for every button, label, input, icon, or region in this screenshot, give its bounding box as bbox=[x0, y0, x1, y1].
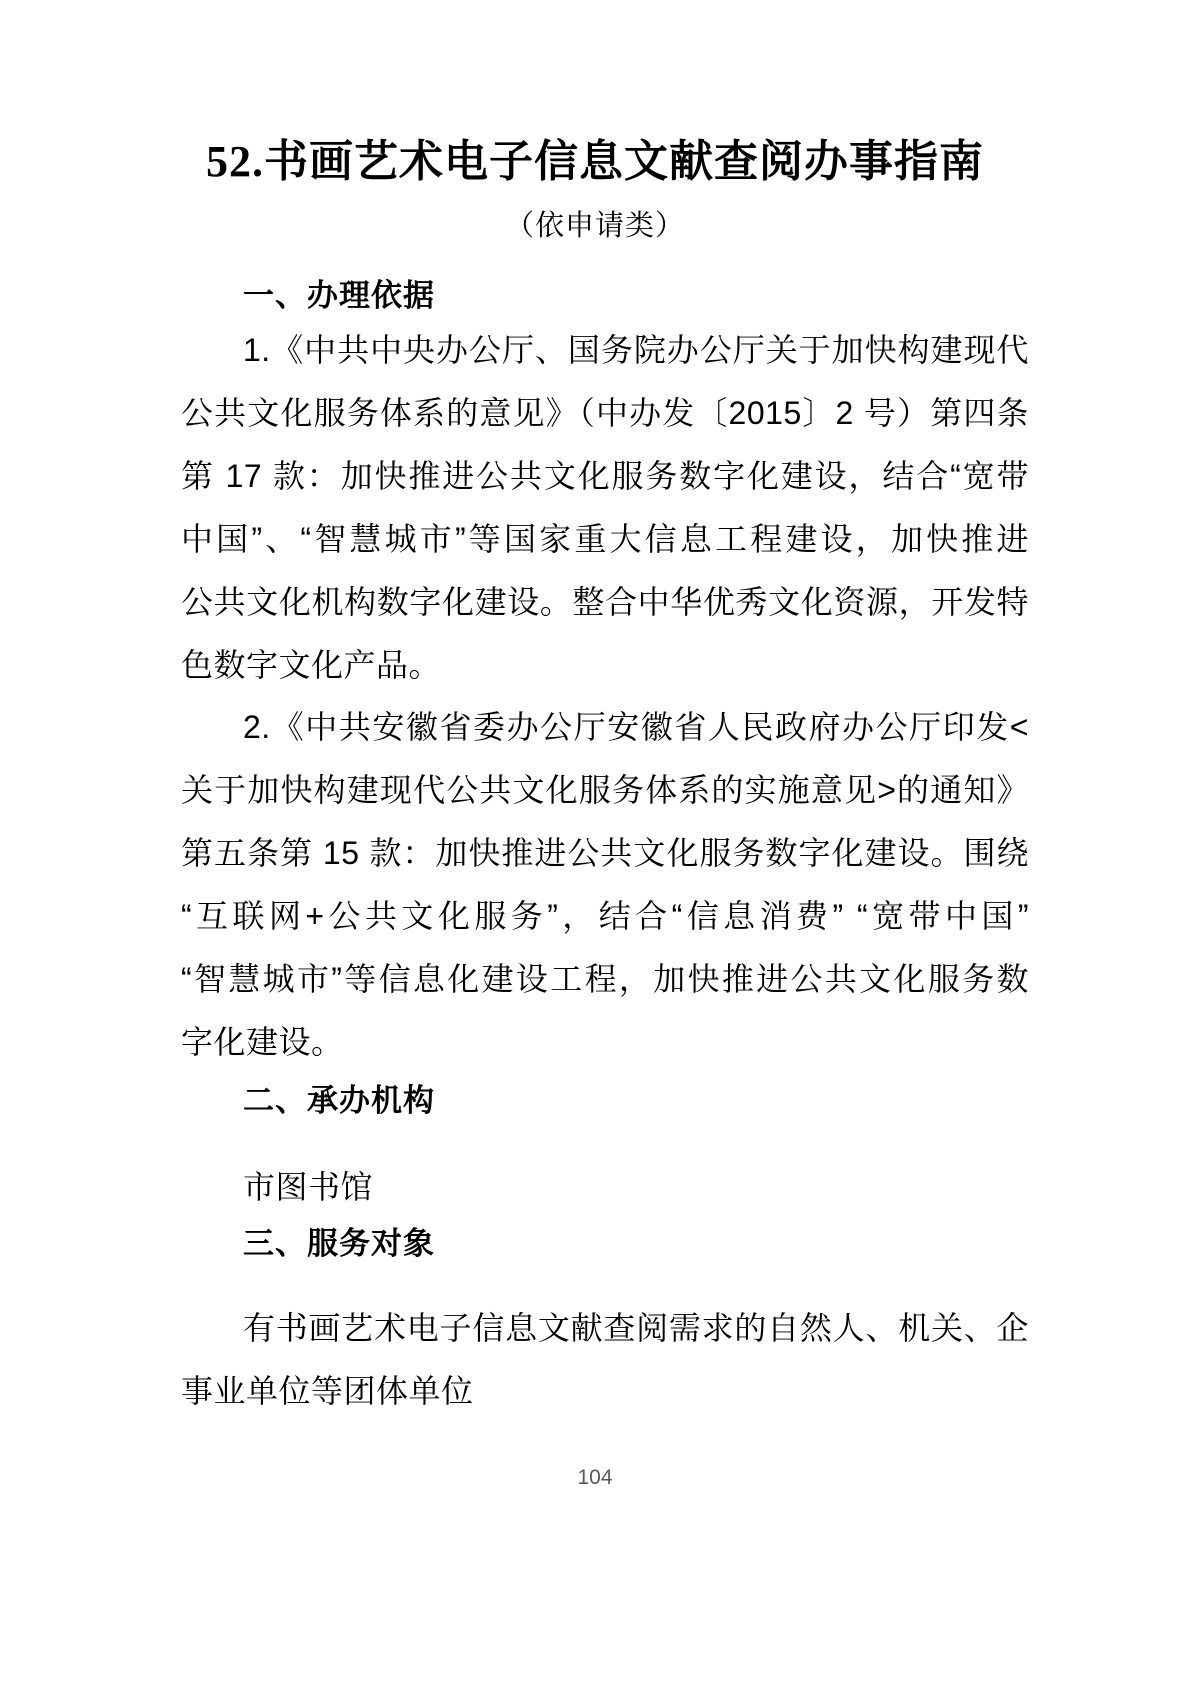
paragraph-line: 字化建设。 bbox=[181, 1011, 1029, 1074]
agency-body-line: 市图书馆 bbox=[181, 1156, 1029, 1219]
paragraph-line: 中国”、“智慧城市”等国家重大信息工程建设，加快推进 bbox=[181, 508, 1029, 571]
paragraph-line: 1.《中共中央办公厅、国务院办公厅关于加快构建现代 bbox=[181, 319, 1029, 382]
paragraph-line: 公共文化服务体系的意见》（中办发〔2015〕2 号）第四条 bbox=[181, 382, 1029, 445]
section-heading-audience: 三、服务对象 bbox=[181, 1212, 1029, 1275]
paragraph-line: 公共文化机构数字化建设。整合中华优秀文化资源，开发特 bbox=[181, 571, 1029, 634]
section-heading-basis: 一、办理依据 bbox=[181, 264, 1029, 327]
document-page: 52.书画艺术电子信息文献查阅办事指南 （依申请类） 一、办理依据 1.《中共中… bbox=[0, 0, 1190, 1683]
section-heading-agency: 二、承办机构 bbox=[181, 1069, 1029, 1132]
paragraph-line: 关于加快构建现代公共文化服务体系的实施意见>的通知》 bbox=[181, 759, 1029, 822]
paragraph-line: “互联网+公共文化服务”，结合“信息消费” “宽带中国” bbox=[181, 885, 1029, 948]
paragraph-line: 色数字文化产品。 bbox=[181, 634, 1029, 697]
page-subtitle: （依申请类） bbox=[0, 203, 1190, 249]
paragraph-line: 2.《中共安徽省委办公厅安徽省人民政府办公厅印发< bbox=[181, 696, 1029, 759]
paragraph-line: “智慧城市”等信息化建设工程，加快推进公共文化服务数 bbox=[181, 948, 1029, 1011]
paragraph-line: 有书画艺术电子信息文献查阅需求的自然人、机关、企 bbox=[181, 1297, 1029, 1360]
paragraph-line: 事业单位等团体单位 bbox=[181, 1360, 1029, 1423]
page-title: 52.书画艺术电子信息文献查阅办事指南 bbox=[0, 126, 1190, 198]
page-number: 104 bbox=[0, 1462, 1190, 1494]
paragraph-line: 第五条第 15 款：加快推进公共文化服务数字化建设。围绕 bbox=[181, 822, 1029, 885]
paragraph-line: 第 17 款：加快推进公共文化服务数字化建设，结合“宽带 bbox=[181, 445, 1029, 508]
